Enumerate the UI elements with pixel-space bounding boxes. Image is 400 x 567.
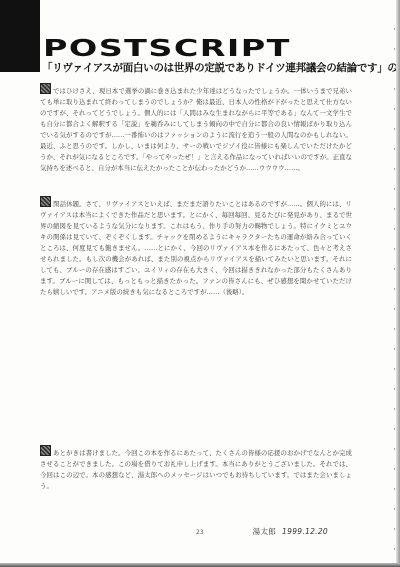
document-page: POSTSCRIPT 「リヴァイアスが面白いのは世界の定説でありドイツ連邦議会の…: [0, 0, 396, 563]
page-edge-right: [396, 0, 400, 567]
signature-name: 湯太郎: [253, 527, 276, 536]
page-subtitle: 「リヴァイアスが面白いのは世界の定説でありドイツ連邦議会の結論です」の巻: [42, 60, 362, 75]
page-edge-bottom: [0, 563, 400, 567]
paragraph-2: 閑話休題。さて、リヴァイアスといえば、まだまだ語りたいことはあるのですが……。個…: [40, 196, 352, 298]
scan-black-margin: [0, 0, 40, 72]
paragraph-marker-icon: [40, 445, 51, 456]
scan-binding-dots: [394, 10, 395, 555]
signature: 湯太郎1999.12.20: [253, 526, 328, 537]
paragraph-1: ではひけさえ、現日本で選挙の渦に巻き込まれた少年達はどうなったでしょうか。一体い…: [40, 83, 352, 174]
paragraph-text: ではひけさえ、現日本で選挙の渦に巻き込まれた少年達はどうなったでしょうか。一体い…: [40, 87, 352, 172]
paragraph-marker-icon: [40, 196, 51, 207]
page-number: 23: [196, 529, 204, 536]
paragraph-marker-icon: [40, 83, 51, 94]
paragraph-3: あとがきは書けました。今回この本を作るにあたって、たくさんの皆様の応援のおかげで…: [40, 445, 352, 492]
signature-date: 1999.12.20: [282, 527, 328, 536]
page-title: POSTSCRIPT: [43, 38, 291, 61]
paragraph-text: あとがきは書けました。今回この本を作るにあたって、たくさんの皆様の応援のおかげで…: [40, 449, 352, 490]
paragraph-text: 閑話休題。さて、リヴァイアスといえば、まだまだ語りたいことはあるのですが……。個…: [40, 200, 352, 296]
